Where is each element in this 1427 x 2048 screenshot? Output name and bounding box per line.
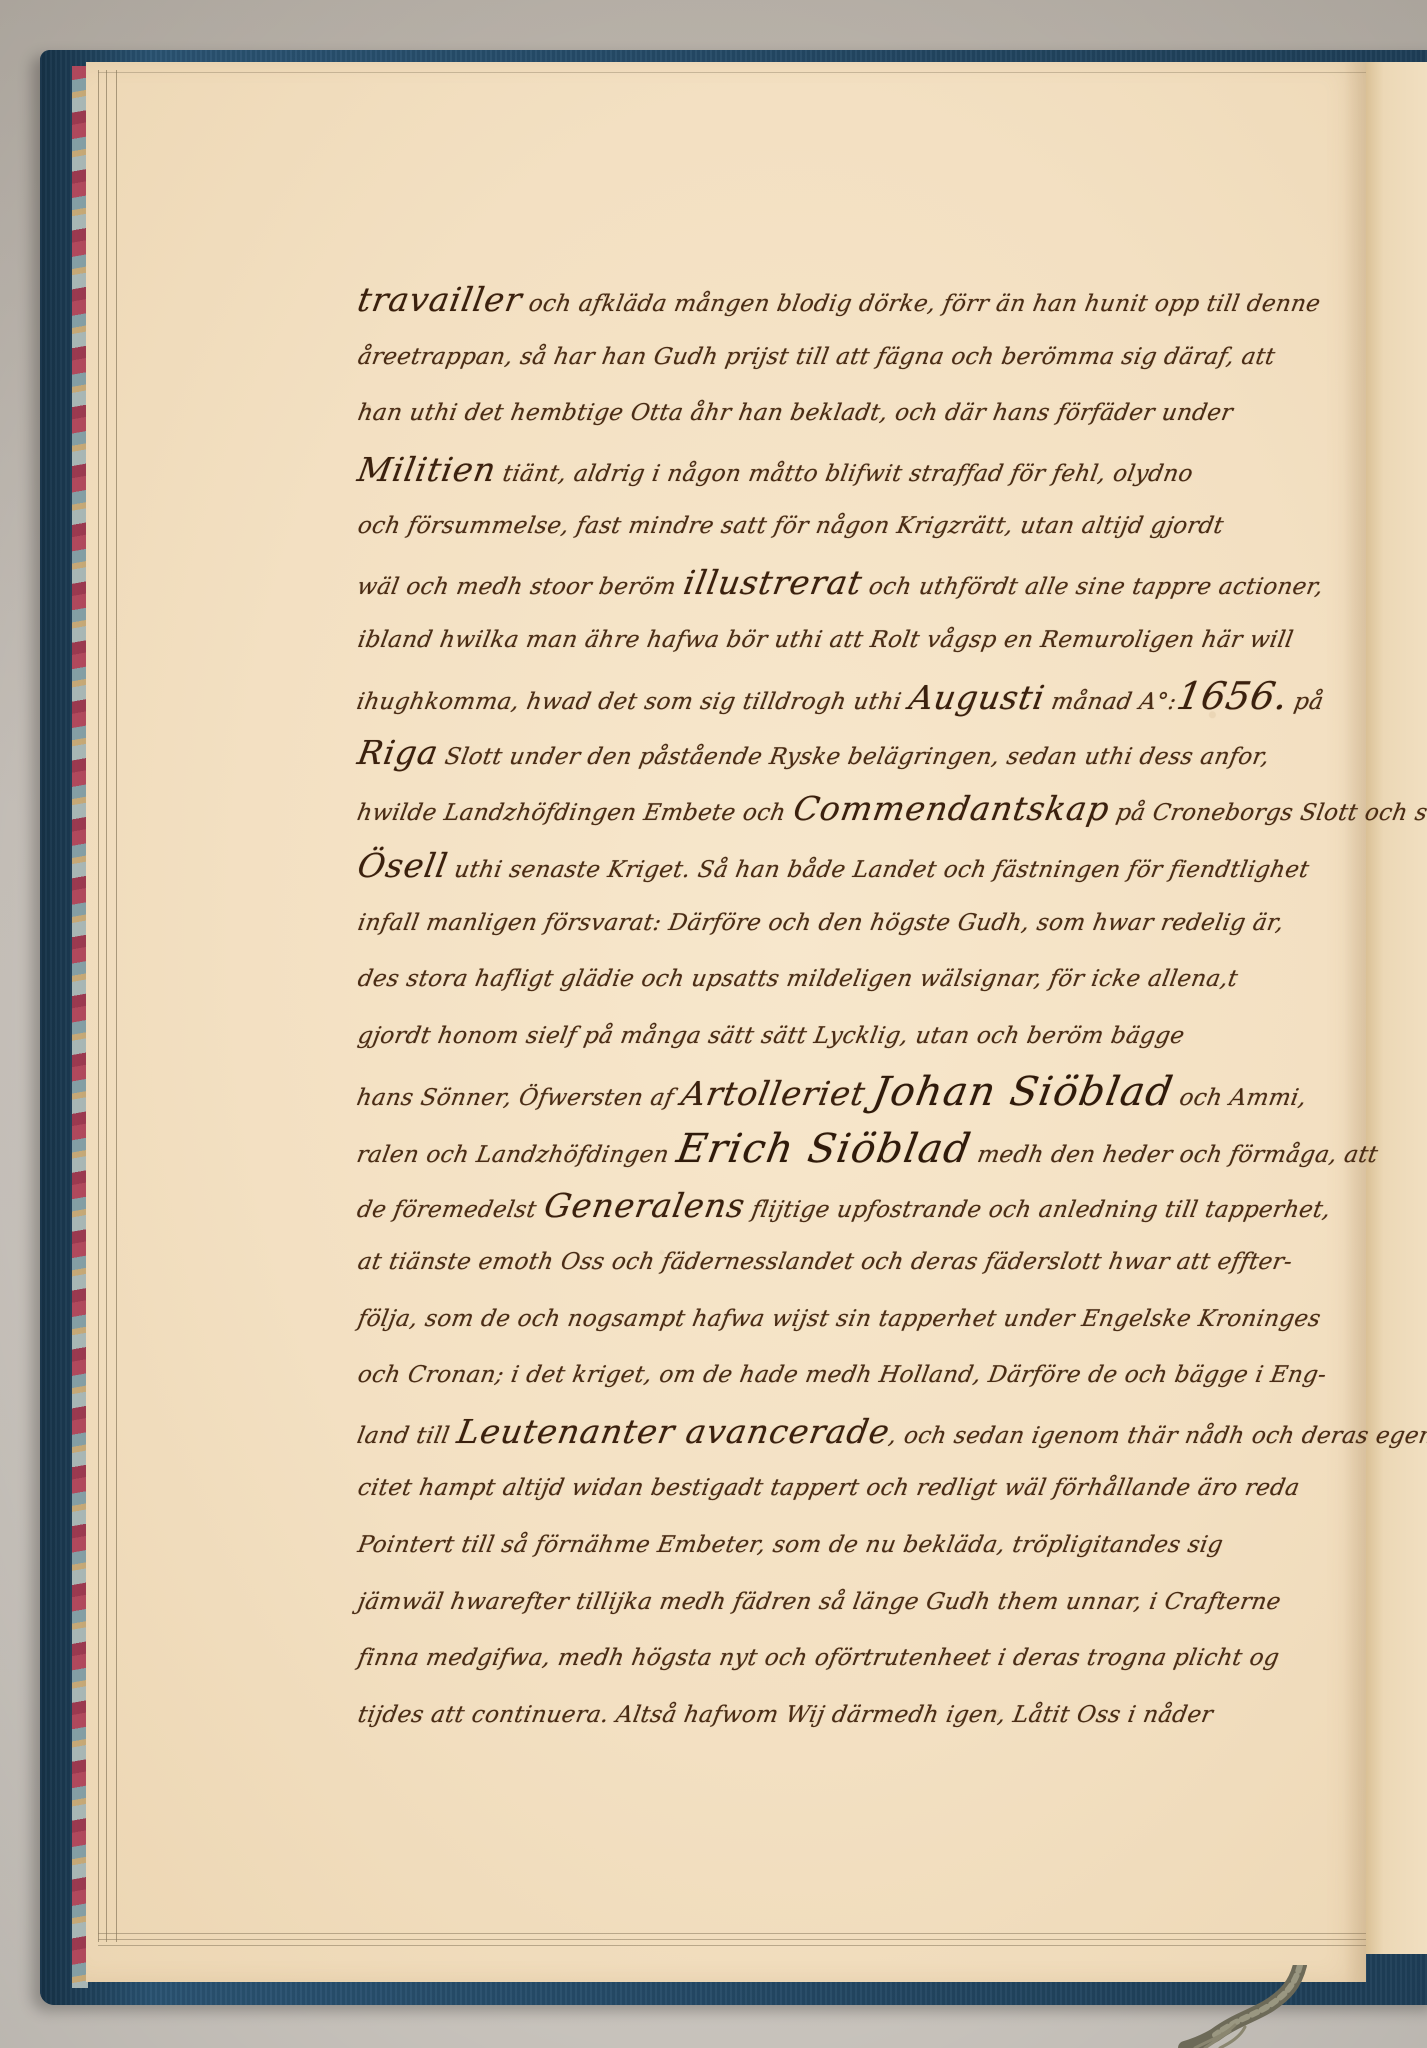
manuscript-line: Pointert till så förnähme Embeter, som d… [353, 1517, 1293, 1574]
line-big: Augusti [906, 678, 1048, 717]
manuscript-line: följa, som de och nogsampt hafwa wijst s… [353, 1291, 1293, 1348]
page-edge-line-bottom [98, 1939, 1366, 1940]
manuscript-line: ibland hwilka man ähre hafwa bör uthi at… [353, 612, 1293, 669]
manuscript-line: Ösell uthi senaste Kriget. Så han både L… [353, 838, 1293, 895]
line-text: infall manligen försvarat: Därföre och d… [356, 910, 1286, 936]
handwritten-text-block: travailler och afkläda mången blodig dör… [358, 272, 1288, 1743]
line-name: Erich Siöblad [673, 1126, 975, 1172]
line-text: uthi senaste Kriget. Så han både Landet … [445, 857, 1311, 883]
line-text: medh den heder och förmåga, att [968, 1142, 1380, 1168]
manuscript-line: finna medgifwa, medh högsta nyt och oför… [353, 1630, 1293, 1687]
manuscript-line: Militien tiänt, aldrig i någon måtto bli… [353, 442, 1293, 499]
manuscript-line: och Cronan; i det kriget, om de hade med… [353, 1347, 1293, 1404]
adjacent-page-edge [1364, 62, 1427, 1954]
line-text: at tiänste emoth Oss och fädernesslandet… [356, 1249, 1295, 1275]
manuscript-line: at tiänste emoth Oss och fädernesslandet… [353, 1234, 1293, 1291]
line-text: tiänt, aldrig i någon måtto blifwit stra… [493, 461, 1195, 487]
manuscript-line: ihughkomma, hwad det som sig tilldrogh u… [353, 668, 1293, 725]
manuscript-line: tijdes att continuera. Altså hafwom Wij … [353, 1687, 1293, 1744]
page-edge-line [98, 70, 99, 1942]
line-text: på [1284, 689, 1325, 715]
manuscript-line: ralen och Landzhöfdingen Erich Siöblad m… [353, 1121, 1293, 1178]
line-text: hwilde Landzhöfdingen Embete och [355, 800, 795, 826]
line-text: Slott under den påstående Ryske belägrin… [435, 744, 1271, 770]
line-text: ibland hwilka man ähre hafwa bör uthi at… [356, 627, 1296, 653]
line-big: Generalens [541, 1186, 748, 1225]
line-text: på Croneborgs Slott och sidst på [1106, 800, 1427, 826]
manuscript-line: des stora hafligt glädie och upsatts mil… [353, 951, 1293, 1008]
line-text: han uthi det hembtige Otta åhr han bekla… [356, 400, 1235, 426]
line-text: citet hampt altijd widan bestigadt tappe… [356, 1475, 1302, 1501]
line-text: följa, som de och nogsampt hafwa wijst s… [356, 1306, 1323, 1332]
line-text: flijtige upfostrande och anledning till … [742, 1197, 1333, 1223]
manuscript-line: hans Sönner, Öfwersten af Artolleriet Jo… [353, 1064, 1293, 1121]
line-text: jämwäl hwarefter tillijka medh fädren så… [356, 1589, 1283, 1615]
line-big: Militien [355, 450, 500, 489]
line-big: illustrerat [681, 563, 866, 602]
line-text: gjordt honom sielf på många sätt sätt Ly… [356, 1023, 1187, 1049]
manuscript-line: wäl och medh stoor beröm illustrerat och… [353, 555, 1293, 612]
manuscript-line: hwilde Landzhöfdingen Embete och Commend… [353, 781, 1293, 838]
line-text: Pointert till så förnähme Embeter, som d… [356, 1532, 1225, 1558]
manuscript-line: och försummelse, fast mindre satt för nå… [353, 498, 1293, 555]
line-big: Riga [355, 733, 442, 772]
manuscript-line: jämwäl hwarefter tillijka medh fädren så… [353, 1574, 1293, 1631]
line-text: des stora hafligt glädie och upsatts mil… [356, 966, 1240, 992]
line-big: travailler [355, 280, 526, 319]
manuscript-line: citet hampt altijd widan bestigadt tappe… [353, 1460, 1293, 1517]
line-big: Commendantskap [791, 789, 1113, 828]
page-edge-line [106, 70, 107, 1942]
manuscript-line: han uthi det hembtige Otta åhr han bekla… [353, 385, 1293, 442]
line-name: Johan Siöblad [869, 1069, 1177, 1115]
line-text: och afkläda mången blodig dörke, förr än… [519, 291, 1322, 317]
manuscript-line: infall manligen försvarat: Därföre och d… [353, 895, 1293, 952]
line-text: hans Sönner, Öfwersten af [355, 1085, 684, 1111]
line-text: och Cronan; i det kriget, om de hade med… [356, 1362, 1329, 1388]
line-text: åreetrappan, så har han Gudh prijst till… [356, 344, 1278, 370]
gutter-shadow [1344, 62, 1366, 1982]
line-text: finna medgifwa, medh högsta nyt och oför… [356, 1645, 1282, 1671]
page-edge-line-bottom [98, 1945, 1366, 1946]
line-big: Artolleriet [679, 1074, 869, 1113]
line-text: wäl och medh stoor beröm [355, 574, 686, 600]
page-edge-line [116, 70, 117, 1942]
line-text: månad A°: [1042, 689, 1179, 715]
line-text: och försummelse, fast mindre satt för nå… [356, 513, 1226, 539]
line-text: land till [355, 1423, 459, 1449]
line-text: tijdes att continuera. Altså hafwom Wij … [356, 1702, 1215, 1728]
manuscript-line: de föremedelst Generalens flijtige upfos… [353, 1178, 1293, 1235]
line-big: Ösell [355, 846, 452, 885]
page-edge-line-top [98, 72, 1366, 73]
line-text: de föremedelst [355, 1197, 546, 1223]
manuscript-line: åreetrappan, så har han Gudh prijst till… [353, 329, 1293, 386]
page-edge-line-bottom [98, 1933, 1366, 1934]
line-big: Leutenanter avancerade [454, 1412, 893, 1451]
manuscript-line: Riga Slott under den påstående Ryske bel… [353, 725, 1293, 782]
line-text: och Ammi, [1170, 1085, 1309, 1111]
manuscript-line: gjordt honom sielf på många sätt sätt Ly… [353, 1008, 1293, 1065]
line-text: ihughkomma, hwad det som sig tilldrogh u… [355, 689, 911, 715]
manuscript-line: land till Leutenanter avancerade, och se… [353, 1404, 1293, 1461]
line-text: ralen och Landzhöfdingen [355, 1142, 679, 1168]
line-text: , och sedan igenom thär nådh och deras e… [887, 1423, 1427, 1449]
line-year: 1656. [1173, 674, 1291, 718]
line-text: och uthfördt alle sine tappre actioner, [859, 574, 1325, 600]
manuscript-line: travailler och afkläda mången blodig dör… [353, 272, 1293, 329]
bookmark-tassel-icon [1175, 1965, 1330, 2048]
